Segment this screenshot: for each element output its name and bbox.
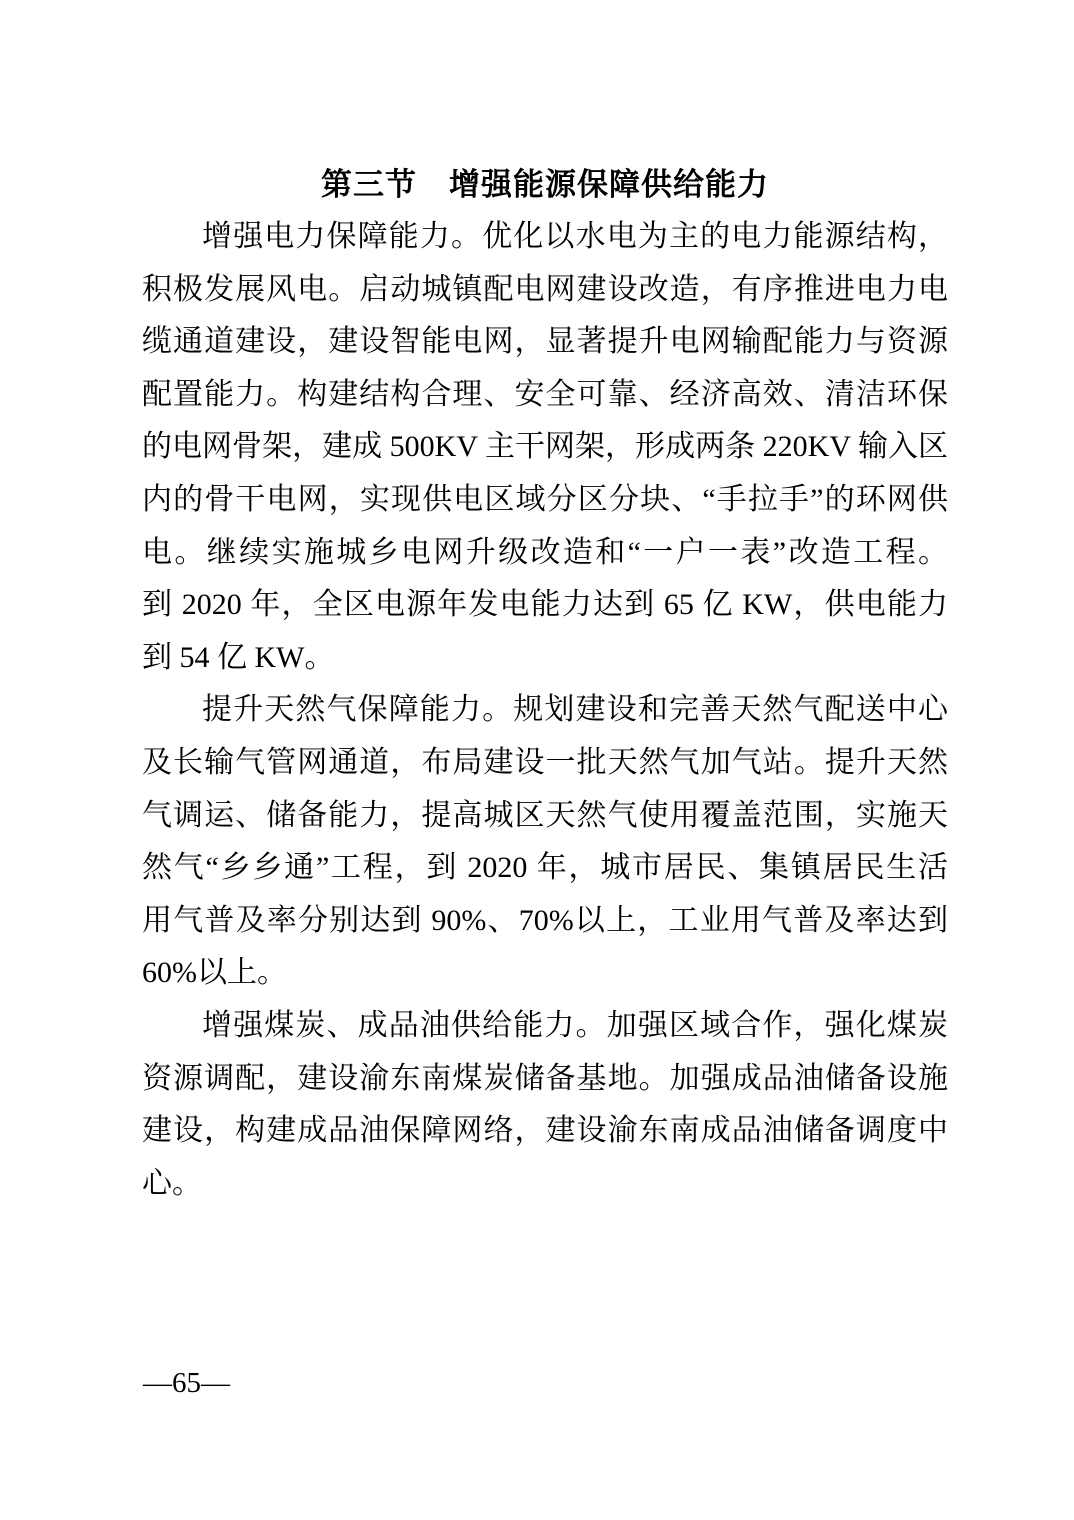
text-line: 增强煤炭、成品油供给能力。加强区域合作，强化煤炭: [142, 1000, 948, 1053]
text-line: 及长输气管网通道，布局建设一批天然气加气站。提升天然: [142, 737, 948, 790]
text-line: 用气普及率分别达到 90%、70%以上，工业用气普及率达到: [142, 895, 948, 948]
text-line: 然气“乡乡通”工程，到 2020 年，城市居民、集镇居民生活: [142, 842, 948, 895]
text-line: 到 54 亿 KW。: [142, 632, 948, 685]
text-line: 60%以上。: [142, 947, 948, 1000]
text-line: 积极发展风电。启动城镇配电网建设改造，有序推进电力电: [142, 264, 948, 317]
text-line: 提升天然气保障能力。规划建设和完善天然气配送中心: [142, 684, 948, 737]
text-line: 到 2020 年，全区电源年发电能力达到 65 亿 KW，供电能力达: [142, 579, 948, 632]
section-title: 第三节 增强能源保障供给能力: [142, 158, 948, 211]
text-line: 配置能力。构建结构合理、安全可靠、经济高效、清洁环保: [142, 369, 948, 422]
text-block: 第三节 增强能源保障供给能力 增强电力保障能力。优化以水电为主的电力能源结构，积…: [142, 158, 948, 1210]
text-line: 建设，构建成品油保障网络，建设渝东南成品油储备调度中: [142, 1105, 948, 1158]
document-page: 第三节 增强能源保障供给能力 增强电力保障能力。优化以水电为主的电力能源结构，积…: [0, 0, 1074, 1520]
text-line: 心。: [142, 1158, 948, 1211]
text-line: 气调运、储备能力，提高城区天然气使用覆盖范围，实施天: [142, 790, 948, 843]
document-body: 增强电力保障能力。优化以水电为主的电力能源结构，积极发展风电。启动城镇配电网建设…: [142, 211, 948, 1210]
text-line: 电。继续实施城乡电网升级改造和“一户一表”改造工程。: [142, 527, 948, 580]
text-line: 增强电力保障能力。优化以水电为主的电力能源结构，: [142, 211, 948, 264]
text-line: 内的骨干电网，实现供电区域分区分块、“手拉手”的环网供: [142, 474, 948, 527]
text-line: 的电网骨架，建成 500KV 主干网架，形成两条 220KV 输入区: [142, 421, 948, 474]
page-number: —65—: [143, 1357, 230, 1409]
text-line: 缆通道建设，建设智能电网，显著提升电网输配能力与资源: [142, 316, 948, 369]
text-line: 资源调配，建设渝东南煤炭储备基地。加强成品油储备设施: [142, 1053, 948, 1106]
